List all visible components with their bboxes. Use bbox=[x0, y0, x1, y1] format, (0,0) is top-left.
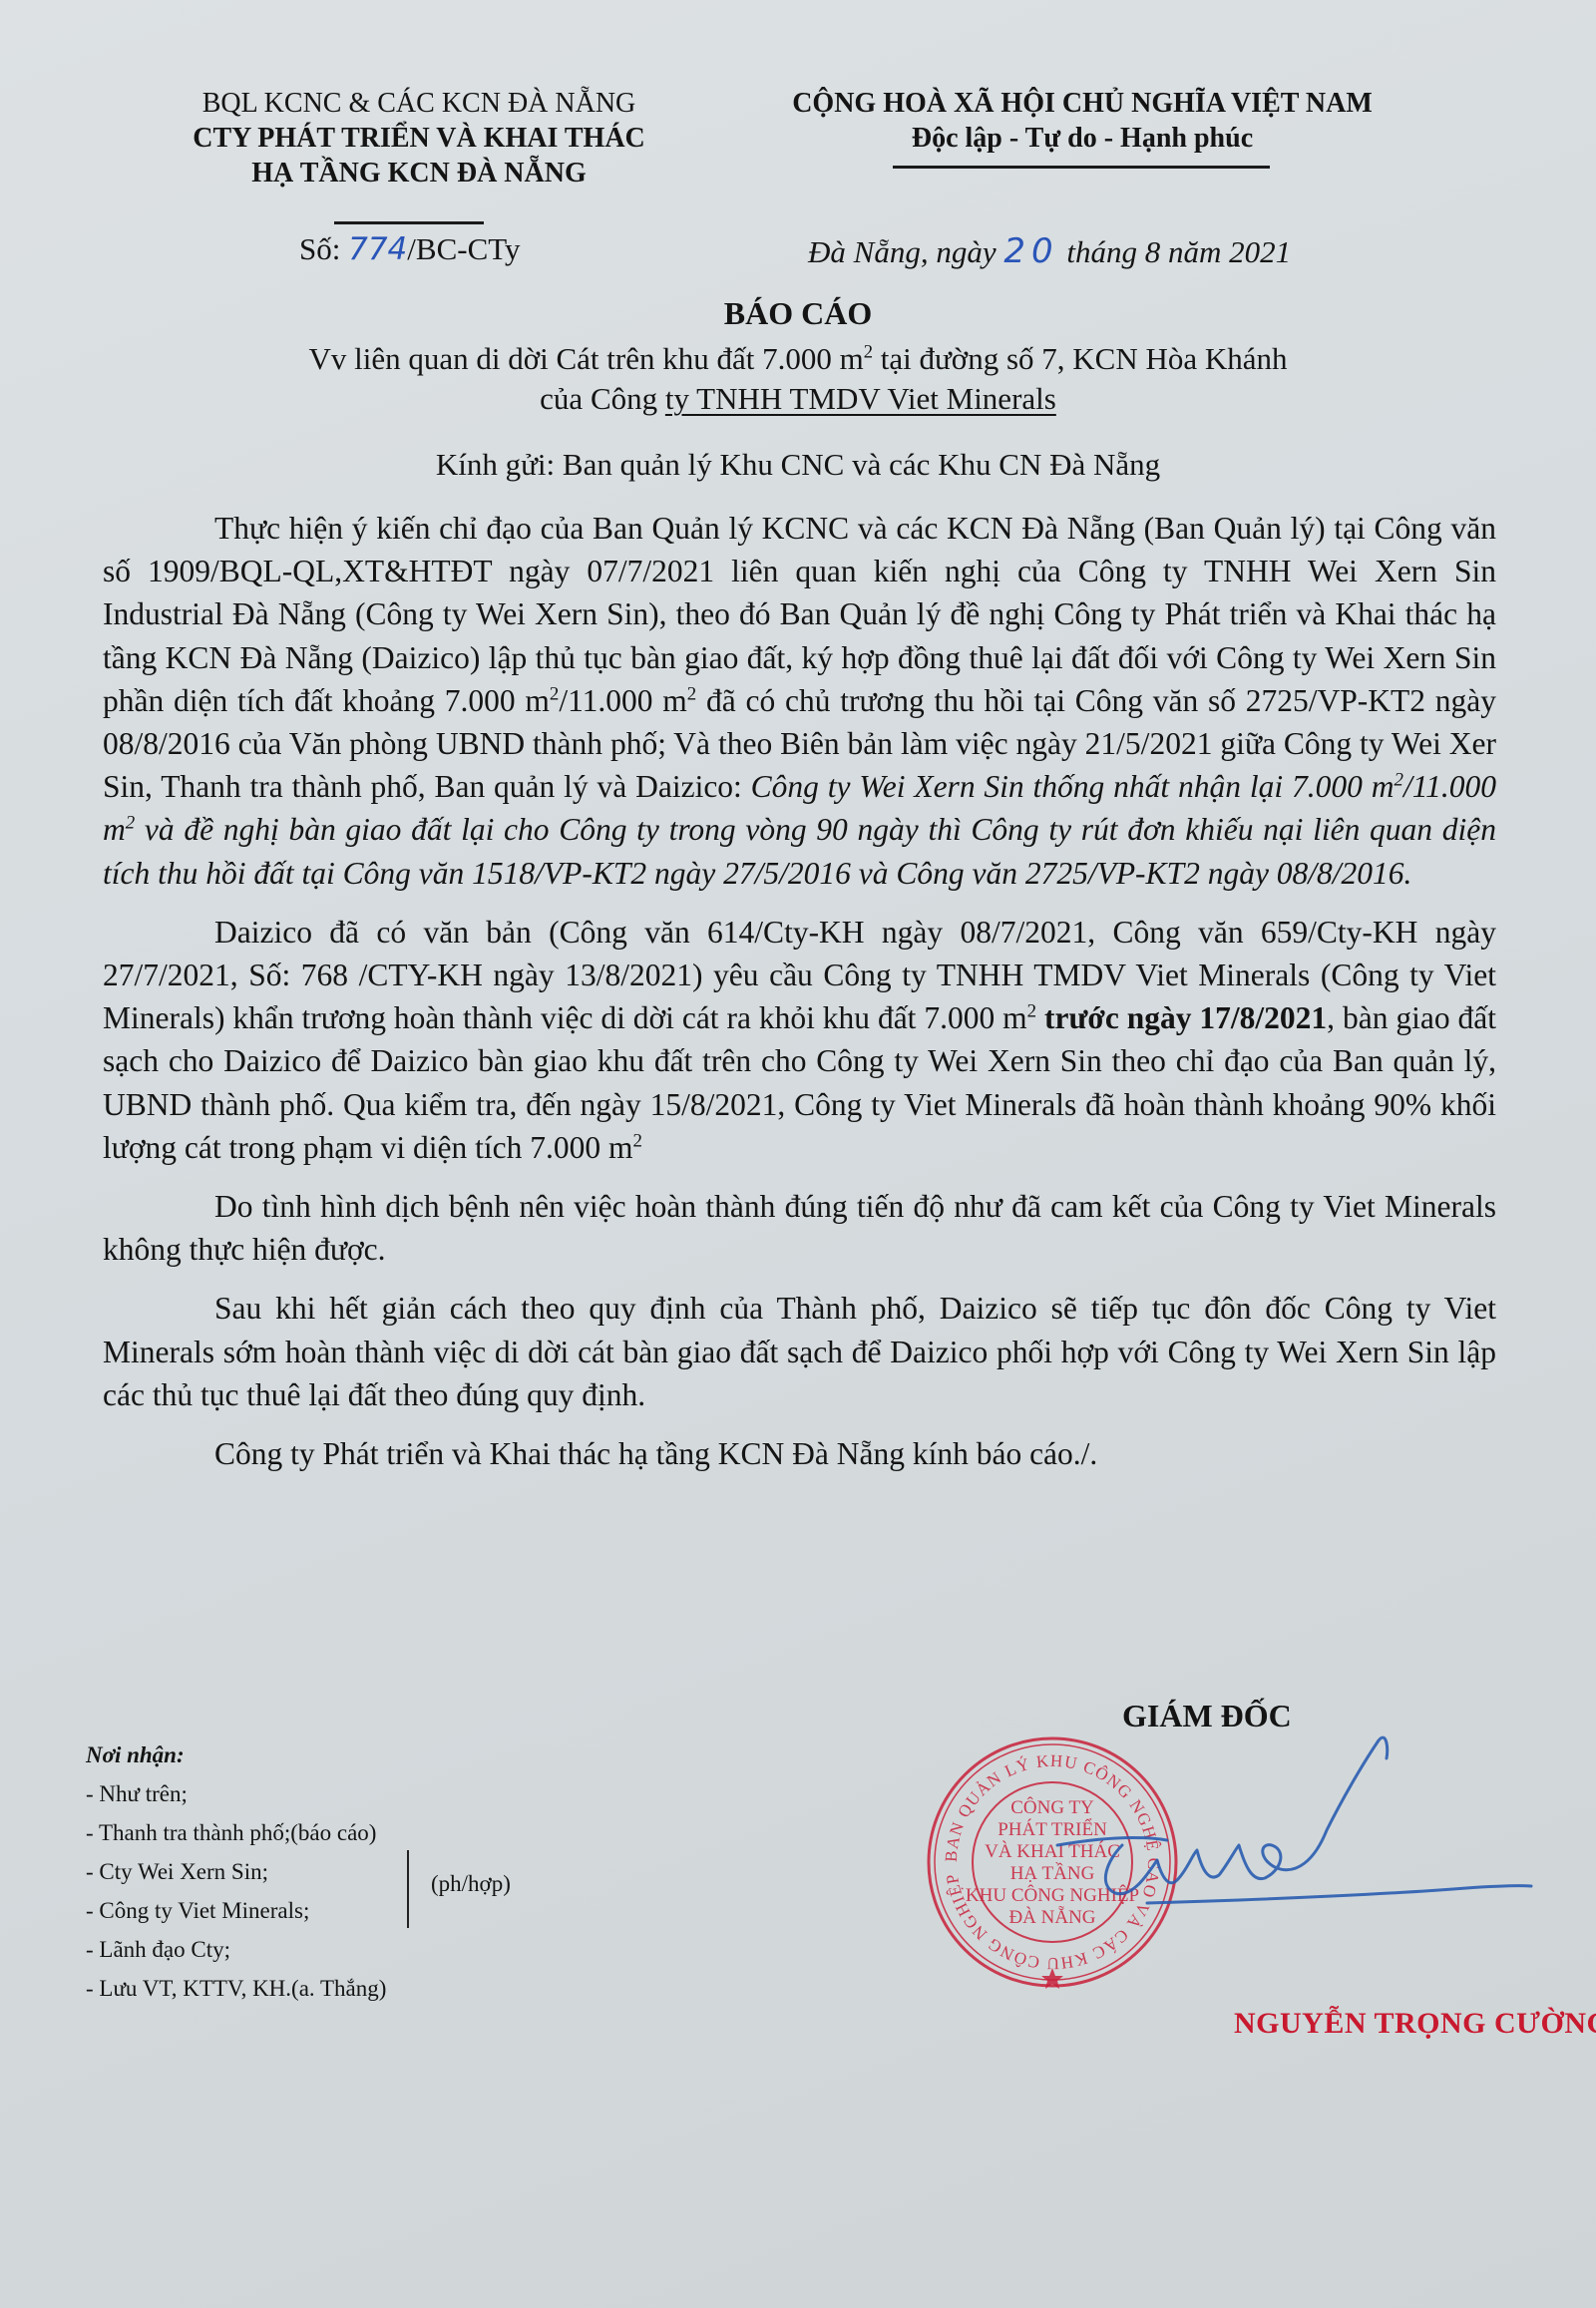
document-number: Số: 774/BC-CTy bbox=[299, 231, 521, 267]
signer-name: NGUYỄN TRỌNG CƯỜNG bbox=[1234, 2007, 1596, 2041]
subject-company: ty TNHH TMDV Viet Minerals bbox=[665, 381, 1056, 416]
date-suffix: tháng 8 năm 2021 bbox=[1059, 234, 1292, 269]
superscript: 2 bbox=[126, 813, 135, 834]
recipient-item: - Như trên; bbox=[86, 1774, 386, 1813]
superscript: 2 bbox=[550, 683, 559, 704]
document-number-suffix: /BC-CTy bbox=[407, 231, 520, 266]
superscript: 2 bbox=[633, 1130, 642, 1151]
subject-text-a: Vv liên quan di dời Cát trên khu đất 7.0… bbox=[308, 341, 863, 376]
subject-line-1: Vv liên quan di dời Cát trên khu đất 7.0… bbox=[0, 341, 1596, 377]
paragraph-3: Do tình hình dịch bệnh nên việc hoàn thà… bbox=[103, 1185, 1496, 1271]
document-title: BÁO CÁO bbox=[0, 295, 1596, 332]
subject-line-2: của Công ty TNHH TMDV Viet Minerals bbox=[0, 381, 1596, 417]
recipient-item: - Thanh tra thành phố;(báo cáo) bbox=[86, 1813, 386, 1852]
document-number-handwritten: 774 bbox=[348, 231, 407, 267]
superscript: 2 bbox=[864, 342, 873, 363]
recipient-item: - Lưu VT, KTTV, KH.(a. Thắng) bbox=[86, 1969, 386, 2008]
recipient-group-note: (ph/hợp) bbox=[431, 1871, 511, 1897]
handwritten-signature bbox=[997, 1711, 1556, 1940]
paragraph-4: Sau khi hết giản cách theo quy định của … bbox=[103, 1287, 1496, 1416]
paragraph-2: Daizico đã có văn bản (Công văn 614/Cty-… bbox=[103, 911, 1496, 1169]
superscript: 2 bbox=[687, 683, 696, 704]
paragraph-1: Thực hiện ý kiến chỉ đạo của Ban Quản lý… bbox=[103, 507, 1496, 895]
recipient-item: - Cty Wei Xern Sin; bbox=[86, 1852, 386, 1891]
report-body: Thực hiện ý kiến chỉ đạo của Ban Quản lý… bbox=[103, 507, 1496, 1475]
recipient-group-bracket bbox=[407, 1850, 409, 1928]
paragraph-5: Công ty Phát triển và Khai thác hạ tầng … bbox=[103, 1432, 1496, 1475]
national-motto-block: CỘNG HOÀ XÃ HỘI CHỦ NGHĨA VIỆT NAM Độc l… bbox=[713, 86, 1451, 156]
country-name: CỘNG HOÀ XÃ HỘI CHỦ NGHĨA VIỆT NAM bbox=[713, 86, 1451, 121]
national-motto: Độc lập - Tự do - Hạnh phúc bbox=[713, 121, 1451, 156]
issuer-underline bbox=[334, 221, 484, 224]
issuer-company-line1: CTY PHÁT TRIỂN VÀ KHAI THÁC bbox=[130, 121, 708, 156]
issuer-company-line2: HẠ TẦNG KCN ĐÀ NẴNG bbox=[130, 156, 708, 191]
deadline-emphasis: trước ngày 17/8/2021 bbox=[1036, 1000, 1327, 1035]
recipients-heading: Nơi nhận: bbox=[86, 1735, 386, 1774]
subject-text-b: tại đường số 7, KCN Hòa Khánh bbox=[873, 341, 1288, 376]
addressee: Kính gửi: Ban quản lý Khu CNC và các Khu… bbox=[0, 447, 1596, 483]
date-day-handwritten: 20 bbox=[1003, 231, 1058, 271]
recipient-item: - Công ty Viet Minerals; bbox=[86, 1891, 386, 1930]
superscript: 2 bbox=[1027, 1001, 1036, 1022]
document-number-prefix: Số: bbox=[299, 231, 348, 266]
date-prefix: Đà Nẵng, ngày bbox=[808, 234, 1003, 269]
subject-text-c: của Công bbox=[540, 381, 665, 416]
recipients-block: Nơi nhận: - Như trên; - Thanh tra thành … bbox=[86, 1735, 386, 2008]
p1-text: /11.000 m bbox=[559, 683, 686, 718]
p1-quote: Công ty Wei Xern Sin thống nhất nhận lại… bbox=[751, 769, 1395, 804]
issuer-parent-org: BQL KCNC & CÁC KCN ĐÀ NẴNG bbox=[130, 86, 708, 121]
scanned-document: BQL KCNC & CÁC KCN ĐÀ NẴNG CTY PHÁT TRIỂ… bbox=[0, 0, 1596, 2308]
recipient-item: - Lãnh đạo Cty; bbox=[86, 1930, 386, 1969]
issuer-block: BQL KCNC & CÁC KCN ĐÀ NẴNG CTY PHÁT TRIỂ… bbox=[130, 86, 708, 191]
p1-quote: và đề nghị bàn giao đất lại cho Công ty … bbox=[103, 812, 1496, 890]
place-date: Đà Nẵng, ngày 20 tháng 8 năm 2021 bbox=[808, 231, 1291, 271]
motto-underline bbox=[893, 166, 1270, 169]
superscript: 2 bbox=[1395, 770, 1403, 791]
